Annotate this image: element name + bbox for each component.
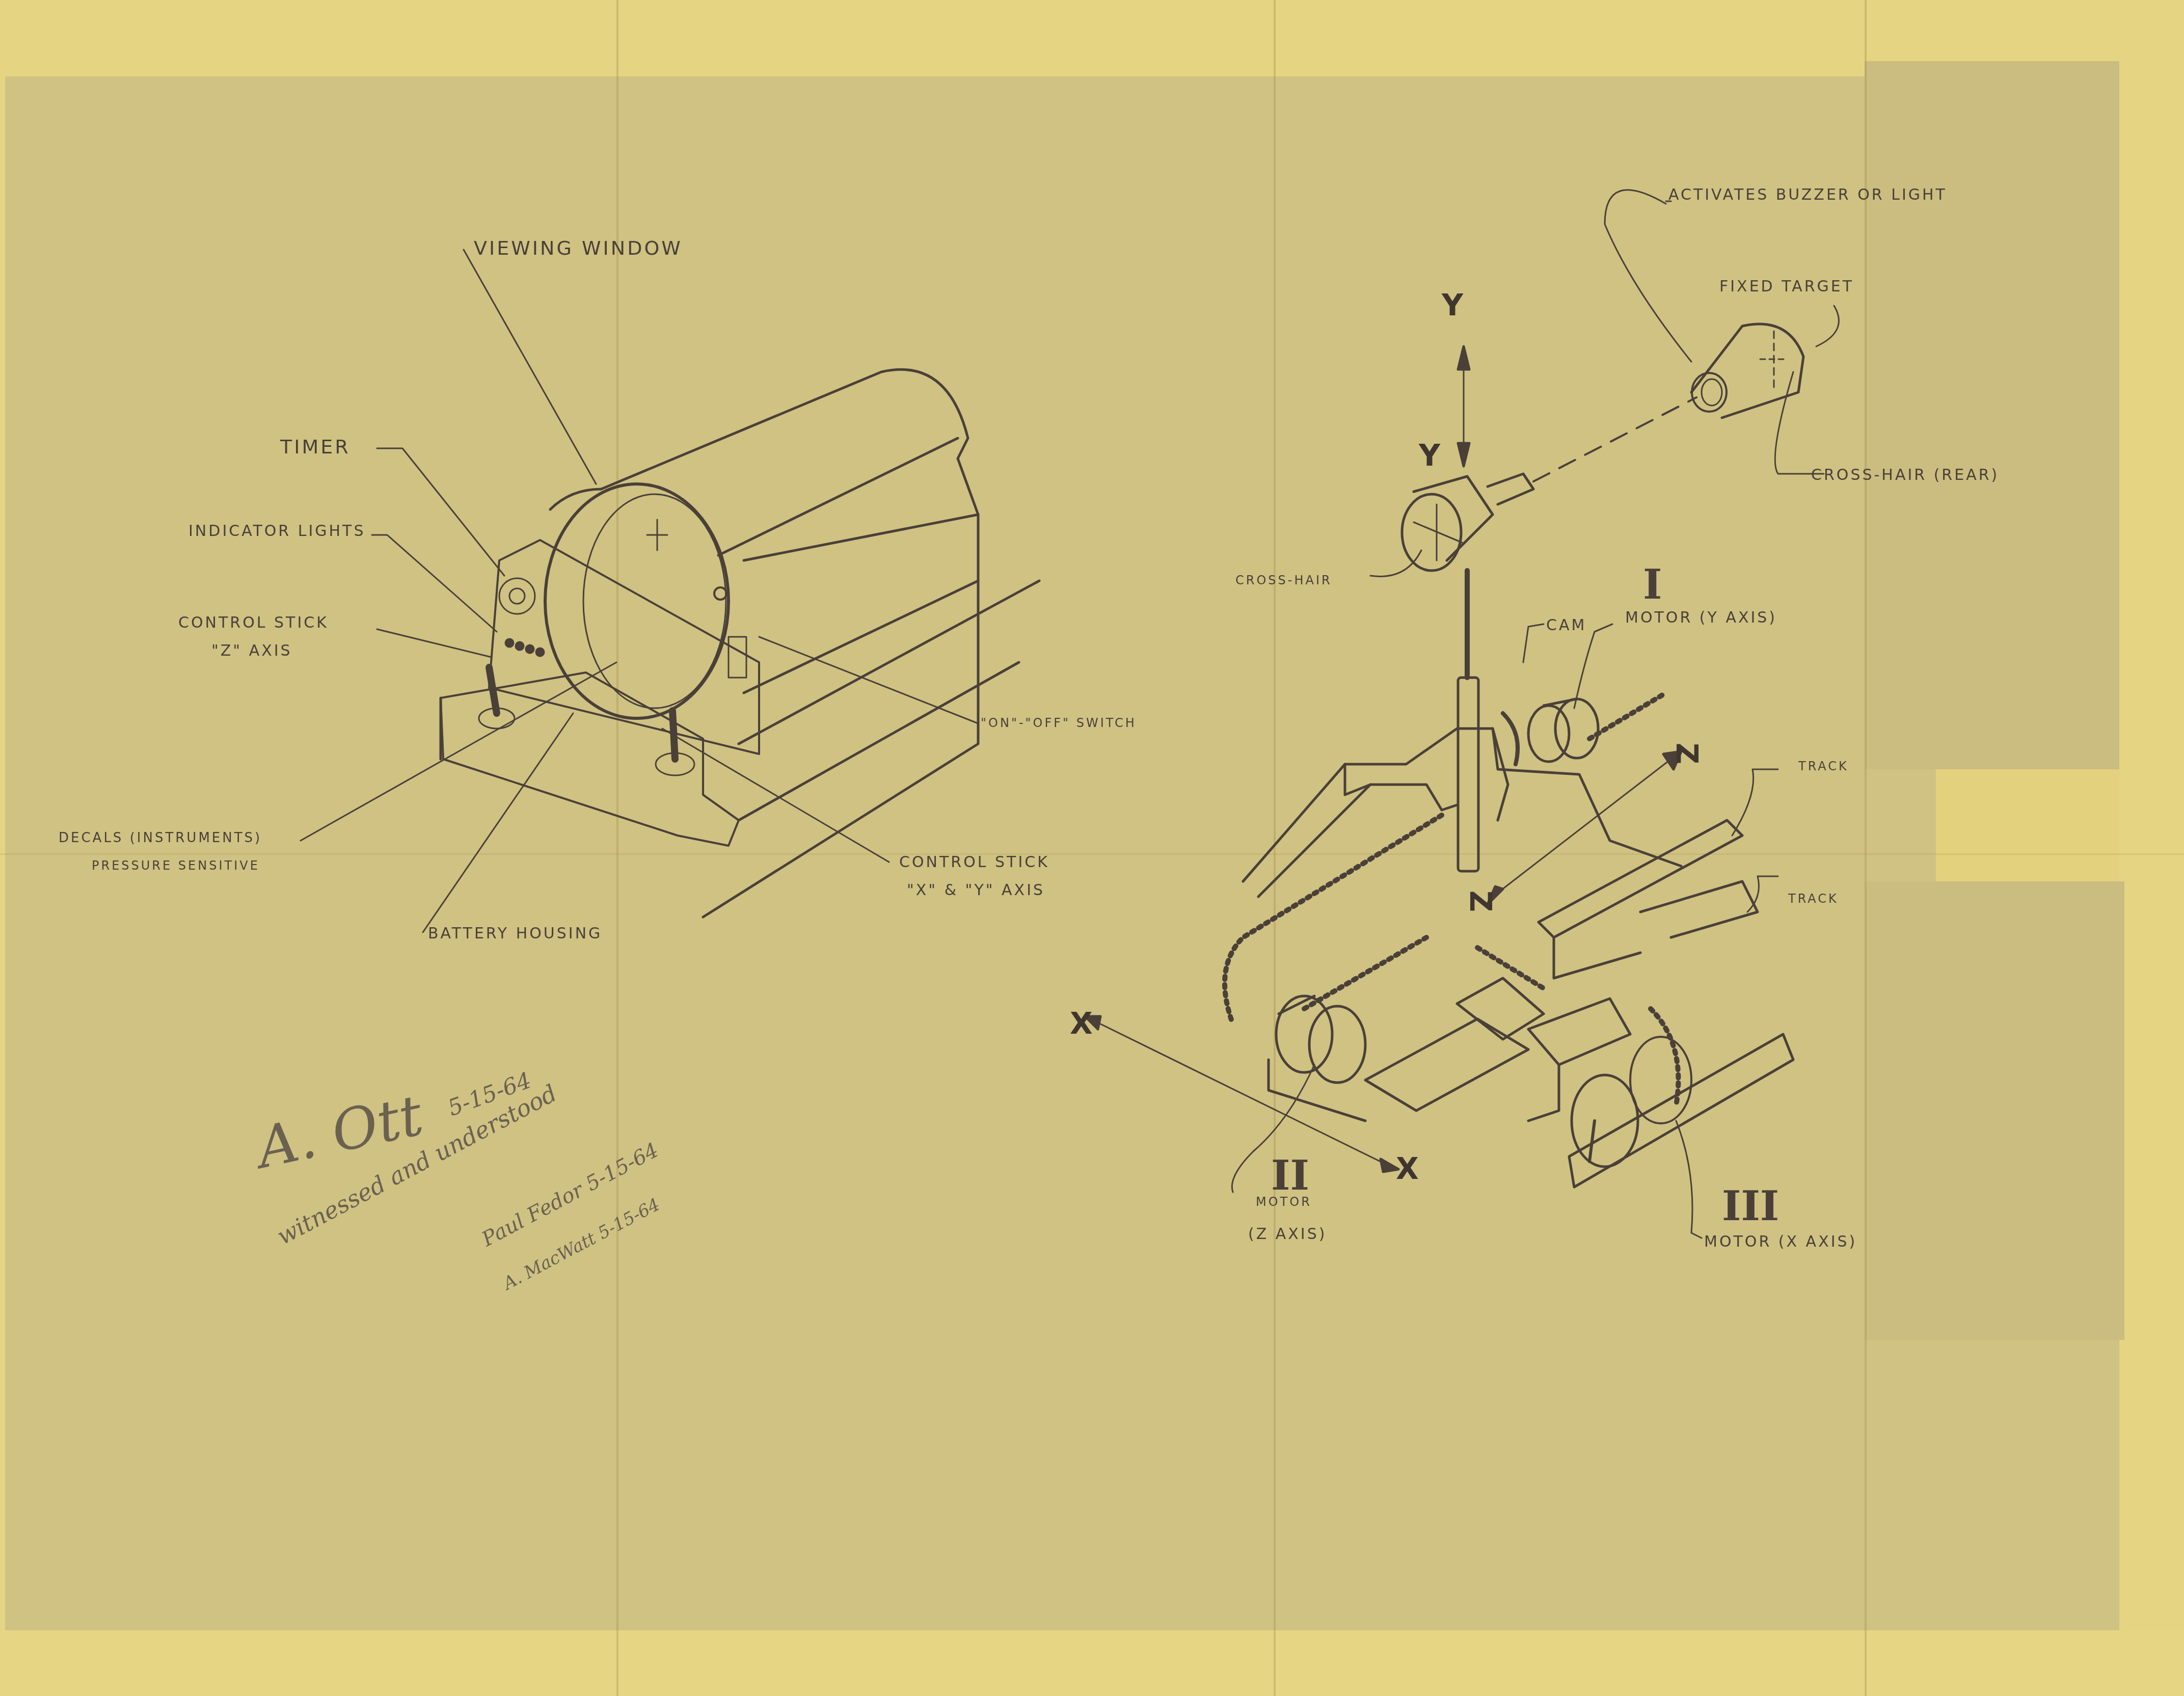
axis-x-left: X: [1070, 1006, 1093, 1041]
label-control-stick-z-axis: "Z" Axis: [211, 642, 292, 660]
label-cross-hair: Cross-hair: [1235, 573, 1332, 587]
label-battery-housing: Battery Housing: [428, 925, 602, 943]
label-control-stick-xy-axis: "X" & "Y" Axis: [907, 881, 1045, 899]
label-activates-buzzer: Activates Buzzer or Light: [1668, 186, 1947, 204]
axis-y-bottom: Y: [1419, 438, 1440, 473]
label-track-upper: Track: [1798, 759, 1849, 773]
label-indicator-lights: Indicator Lights: [188, 522, 365, 540]
axis-z-lower: Z: [1463, 891, 1498, 912]
numeral-two: II: [1271, 1151, 1309, 1199]
label-on-off-switch: "On"-"Off" Switch: [981, 716, 1137, 730]
label-timer: Timer: [280, 436, 350, 458]
label-fixed-target: Fixed Target: [1719, 278, 1854, 295]
axis-z-upper: Z: [1669, 743, 1704, 764]
line-drawing: [0, 0, 2184, 1696]
label-track-lower: Track: [1788, 892, 1839, 906]
label-motor-x-axis: Motor (X Axis): [1704, 1233, 1857, 1251]
axis-y-top: Y: [1442, 288, 1463, 322]
axis-x-right: X: [1396, 1151, 1419, 1186]
label-cam: Cam: [1546, 616, 1586, 634]
label-control-stick-xy: Control Stick: [899, 853, 1049, 871]
label-motor-y-axis: Motor (Y Axis): [1625, 609, 1777, 627]
label-decals: Decals (Instruments): [59, 830, 262, 846]
numeral-one: I: [1643, 560, 1662, 608]
numeral-three: III: [1722, 1182, 1779, 1230]
label-cross-hair-rear: Cross-hair (Rear): [1811, 466, 1999, 484]
label-control-stick-z: Control Stick: [178, 614, 329, 632]
label-viewing-window: Viewing Window: [474, 237, 683, 259]
label-motor-z-axis: (Z Axis): [1248, 1225, 1327, 1243]
label-decals-pressure: Pressure Sensitive: [92, 858, 260, 873]
